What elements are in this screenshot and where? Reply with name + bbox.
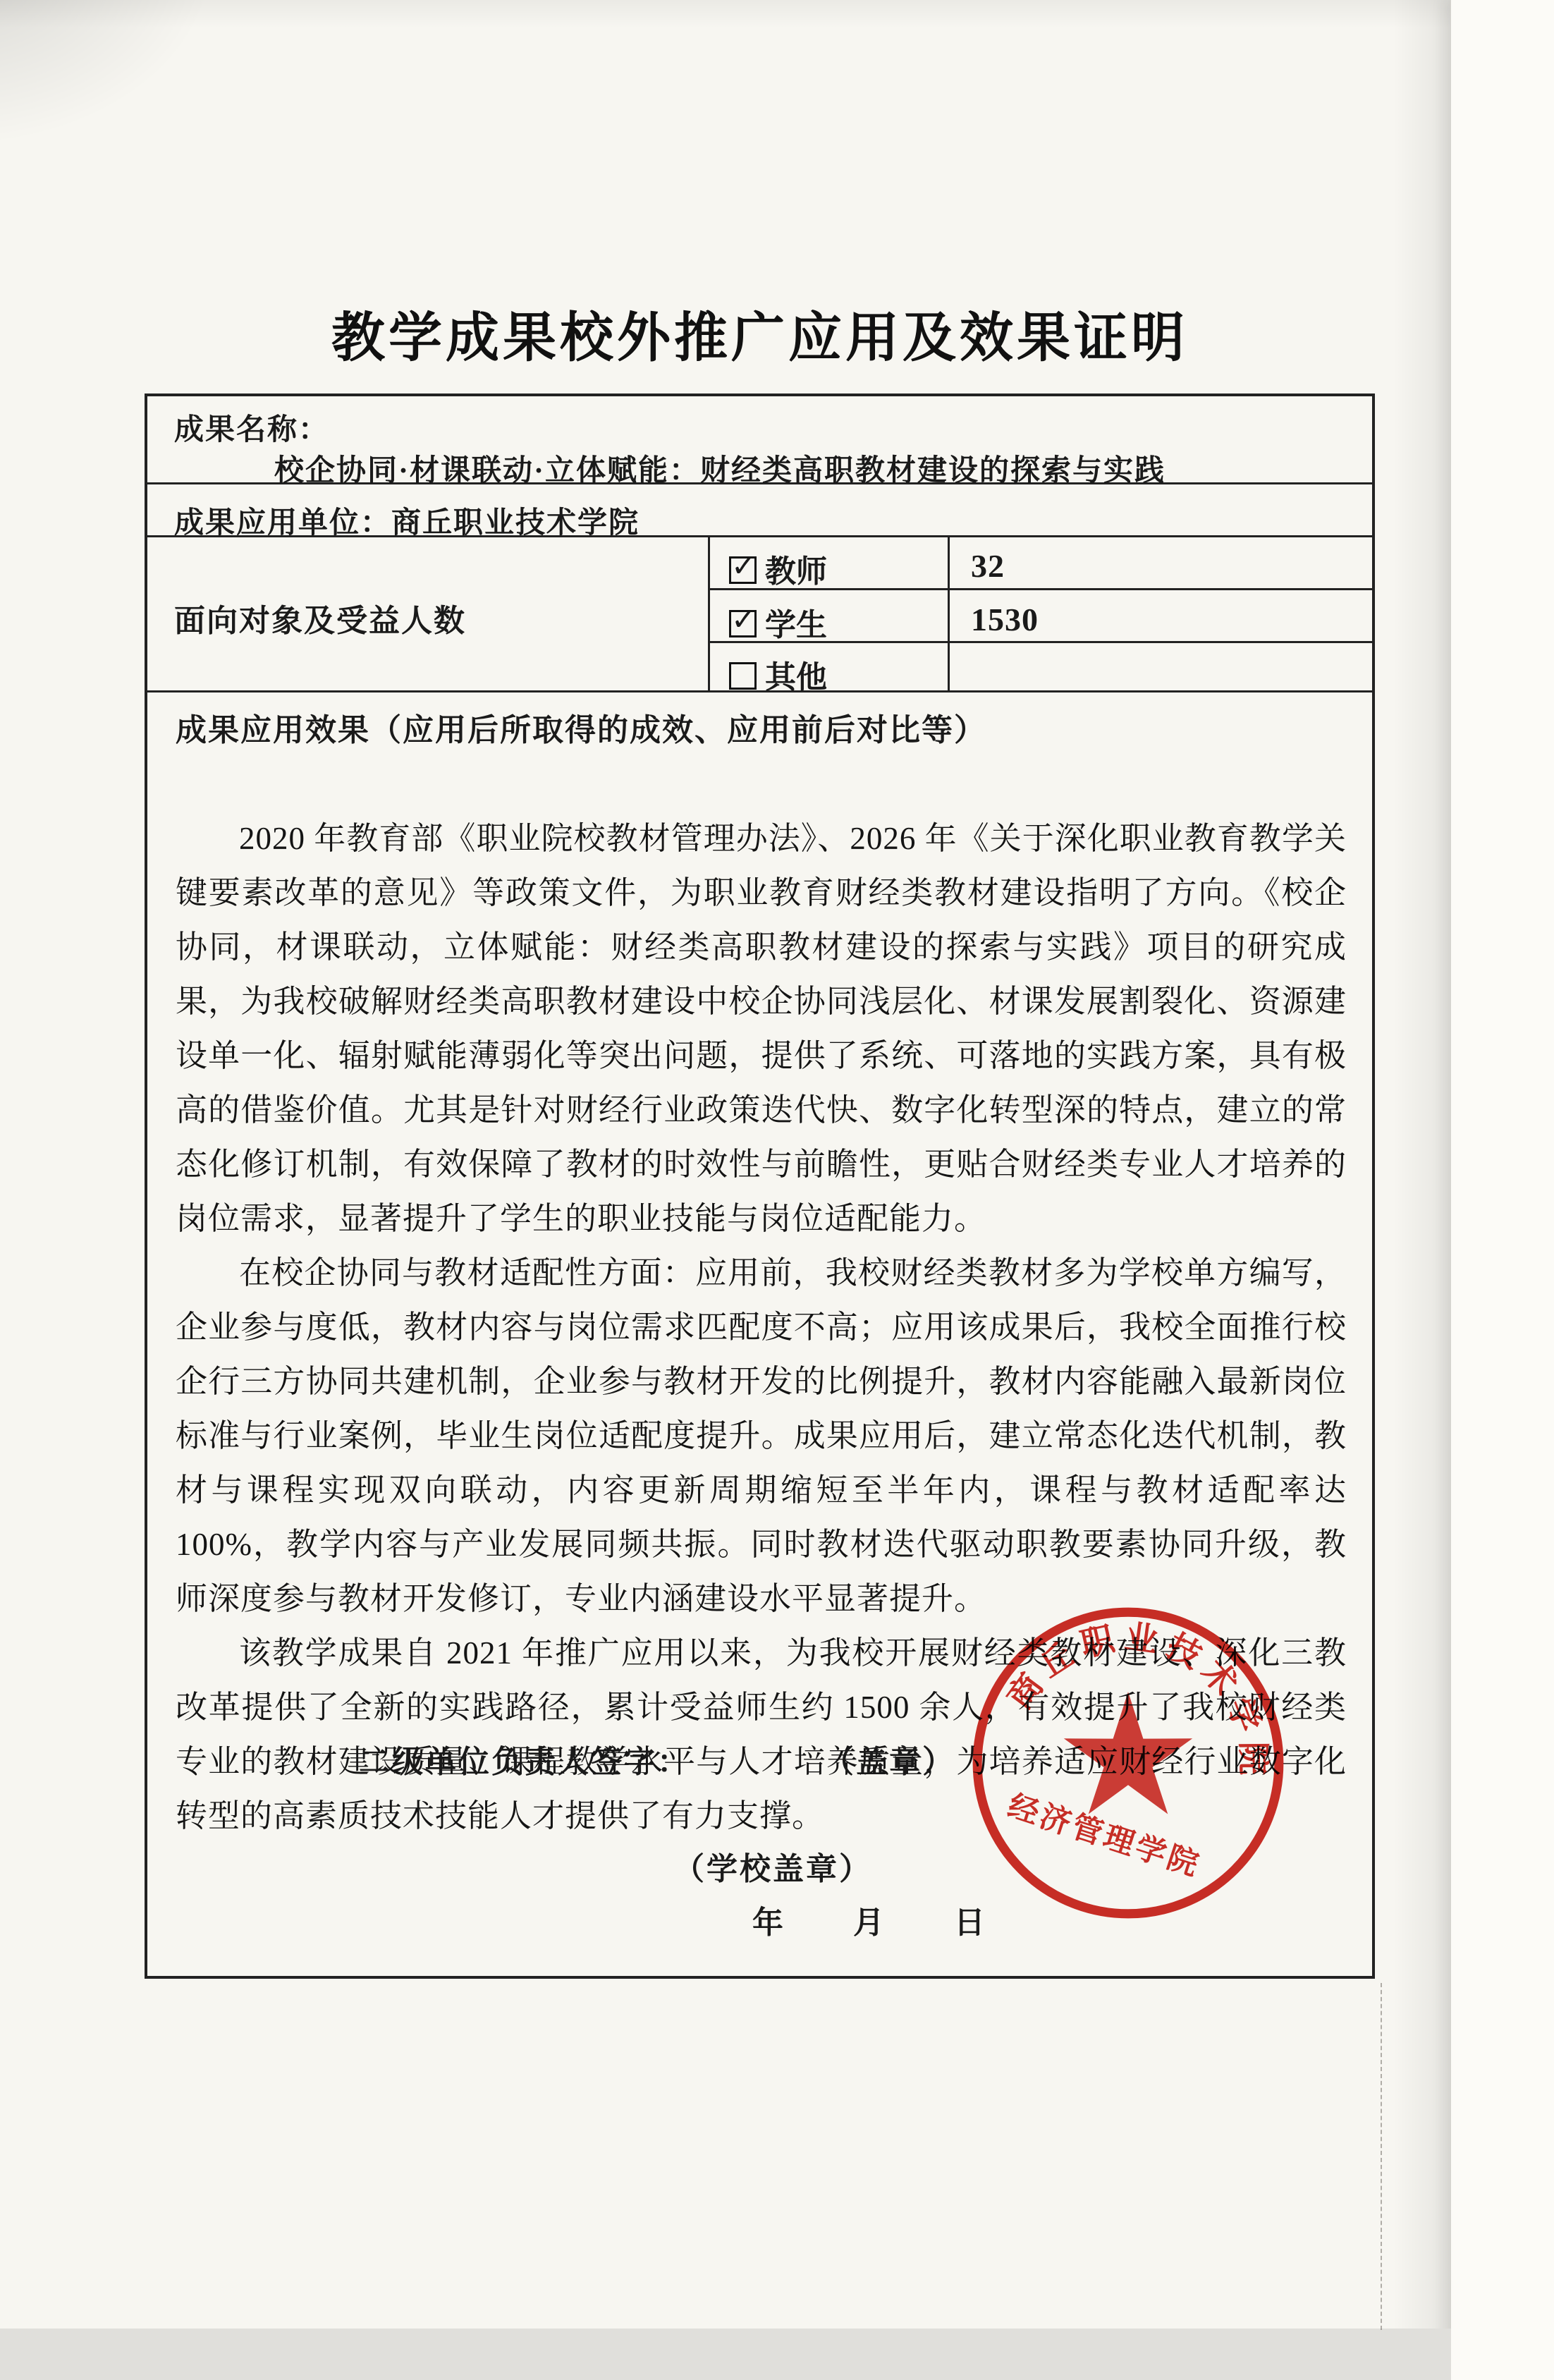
audience-label: 面向对象及受益人数	[174, 595, 466, 640]
date-line: 年月日	[752, 1897, 987, 1942]
official-seal-stamp: 商丘职业技术学院 经济管理学院	[965, 1599, 1292, 1927]
page-title: 教学成果校外推广应用及效果证明	[145, 295, 1375, 372]
scanner-bottom-band	[0, 2329, 1451, 2380]
column-divider	[948, 535, 950, 690]
checkbox-checked-icon: ✓	[729, 556, 757, 584]
achievement-name-label: 成果名称：	[174, 406, 329, 448]
check-mark-icon: ✓	[731, 605, 756, 635]
date-year-label: 年	[752, 1905, 785, 1940]
audience-row-students: ✓学生	[729, 599, 827, 645]
checkbox-checked-icon: ✓	[729, 610, 757, 637]
teachers-count: 32	[971, 547, 1005, 585]
school-seal-label: （学校盖章）	[673, 1843, 872, 1888]
column-divider	[708, 535, 710, 690]
leader-signature-label: 二级单位负责人签字：	[359, 1736, 690, 1781]
check-mark-icon: ✓	[731, 551, 756, 581]
date-month-label: 月	[853, 1905, 886, 1940]
scanned-page: 教学成果校外推广应用及效果证明 成果名称： 校企协同·材课联动·立体赋能：财经类…	[0, 0, 1451, 2329]
seal-dept-text: 经济管理学院	[1004, 1789, 1205, 1884]
seal-here-label: （盖章）	[823, 1736, 955, 1781]
audience-row-label: 其他	[765, 660, 827, 695]
achievement-name-value: 校企协同·材课联动·立体赋能：财经类高职教材建设的探索与实践	[274, 447, 1165, 489]
checkbox-empty-icon	[729, 662, 757, 690]
audience-row-label: 学生	[765, 608, 827, 642]
students-count: 1530	[971, 601, 1039, 638]
effect-paragraph: 2020 年教育部《职业院校教材管理办法》、2026 年《关于深化职业教育教学关…	[176, 812, 1347, 1246]
red-star-icon	[1064, 1692, 1192, 1814]
scanner-edge-strip	[1450, 0, 1554, 2380]
effect-paragraph: 在校企协同与教材适配性方面：应用前，我校财经类教材多为学校单方编写，企业参与度低…	[176, 1246, 1347, 1626]
paper-crease-line	[1381, 1983, 1382, 2330]
effect-header: 成果应用效果（应用后所取得的成效、应用前后对比等）	[176, 704, 1347, 750]
audience-row-label: 教师	[765, 554, 827, 589]
audience-row-teachers: ✓教师	[729, 546, 827, 591]
applying-unit-line: 成果应用单位：商丘职业技术学院	[174, 499, 640, 542]
